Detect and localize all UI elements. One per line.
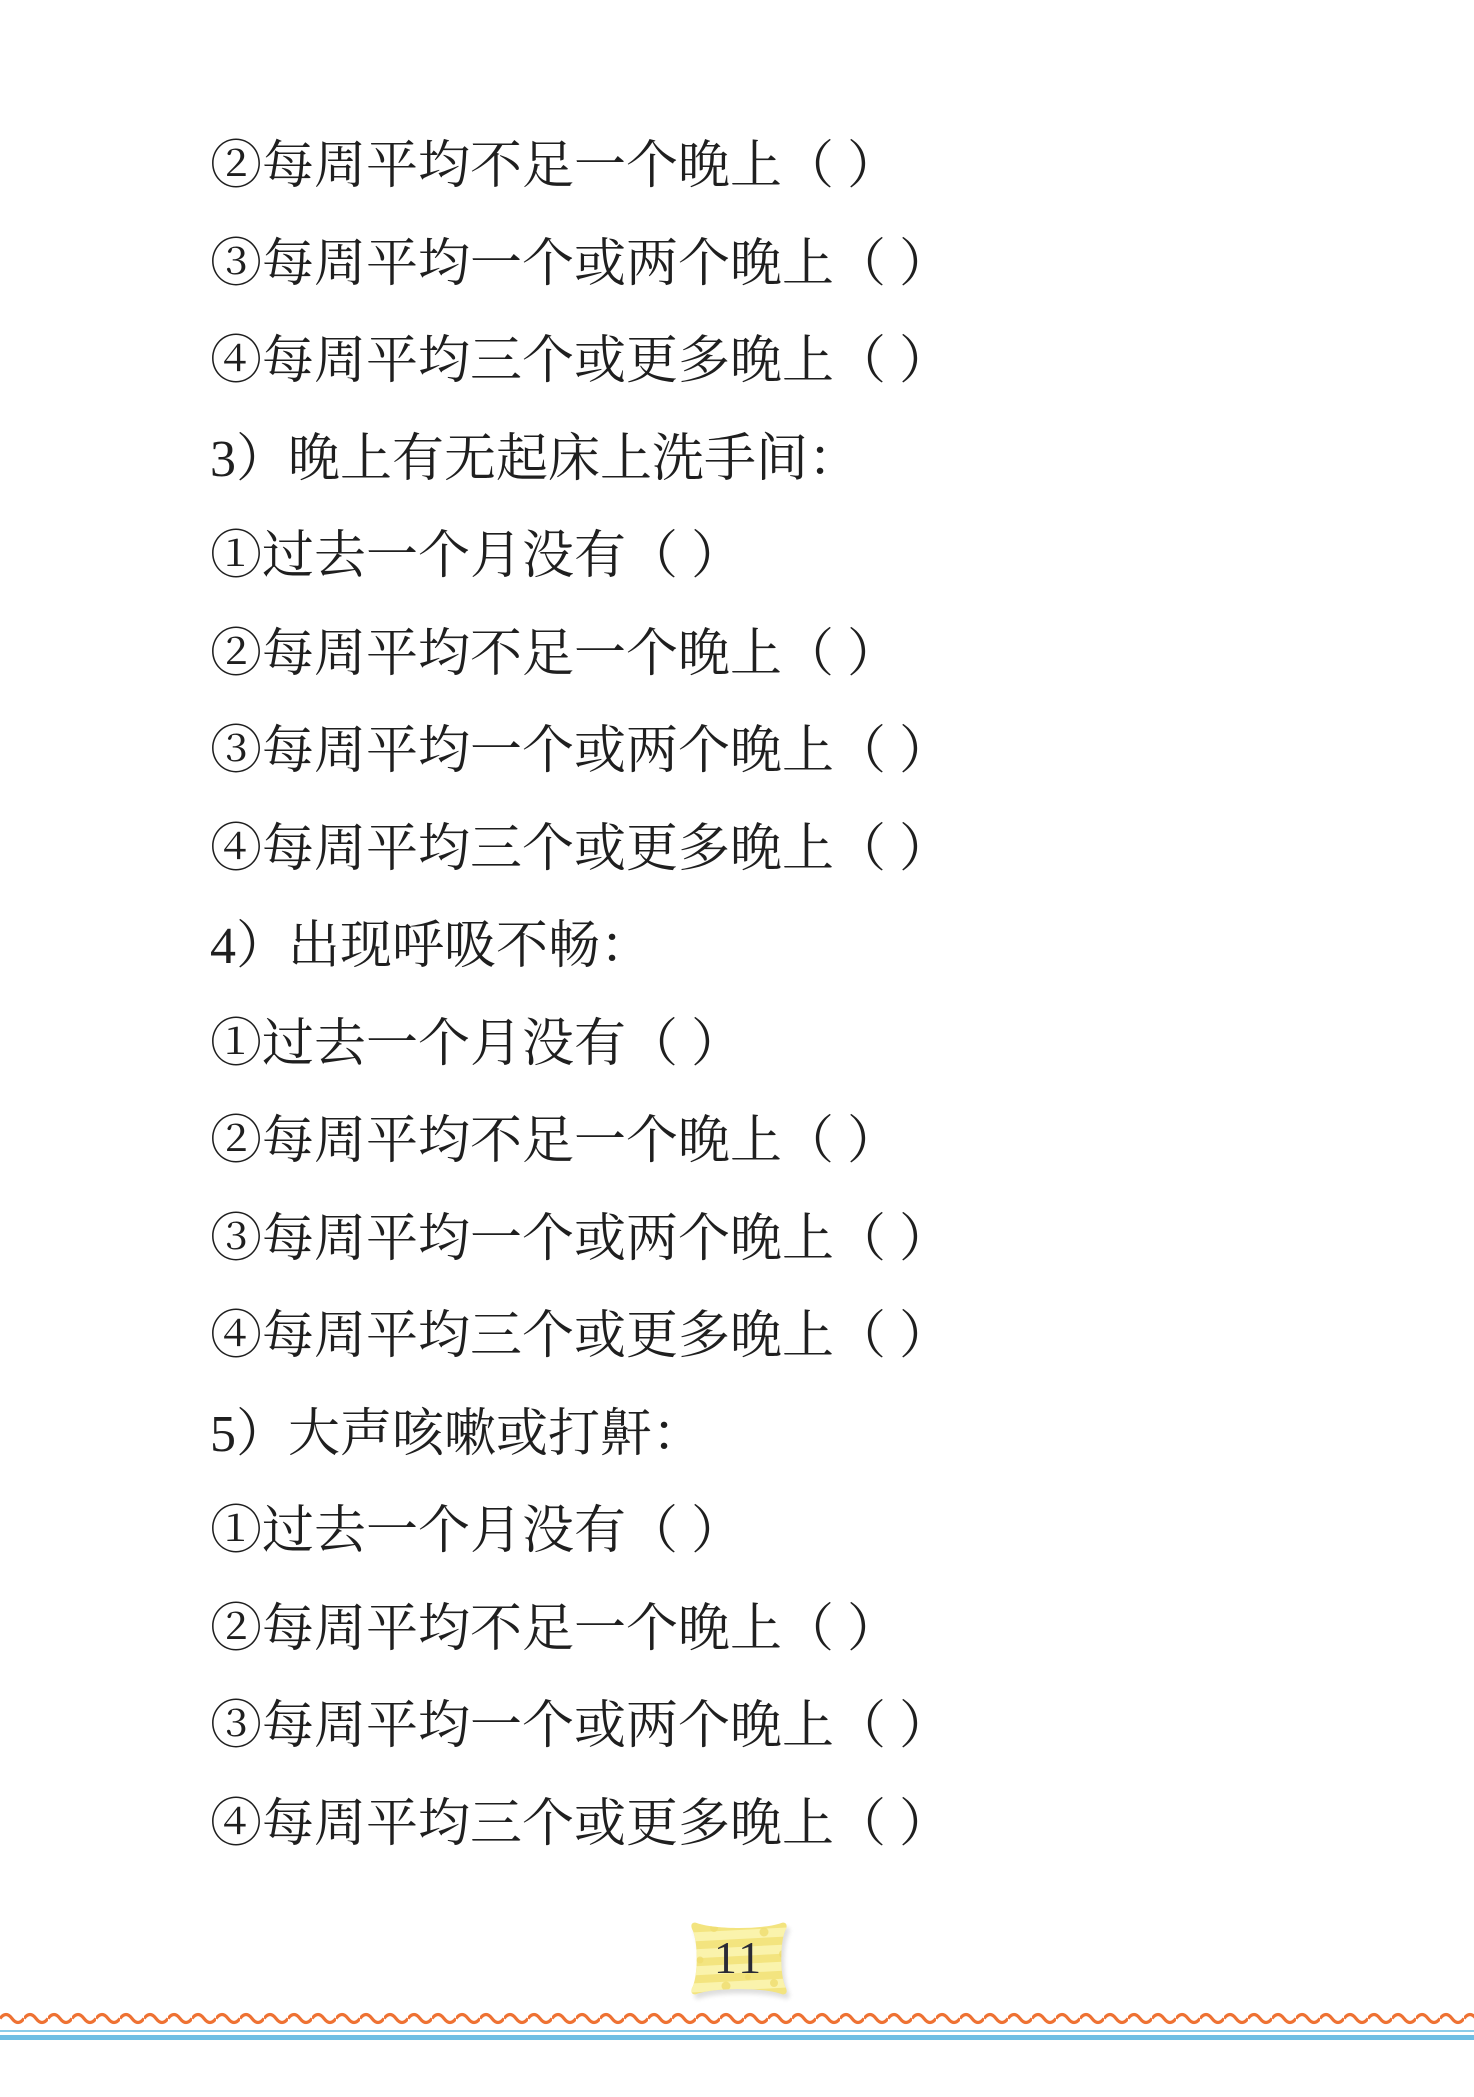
option-line: ④每周平均三个或更多晚上（ ）: [210, 313, 1310, 411]
option-line: ②每周平均不足一个晚上（ ）: [210, 1581, 1310, 1679]
page-number: 11: [686, 1920, 792, 1998]
blue-line-divider: [0, 2030, 1474, 2032]
option-line: ④每周平均三个或更多晚上（ ）: [210, 1288, 1310, 1386]
wave-divider: [0, 2011, 1474, 2026]
option-line: ③每周平均一个或两个晚上（ ）: [210, 1678, 1310, 1776]
option-line: ②每周平均不足一个晚上（ ）: [210, 1093, 1310, 1191]
option-line: ②每周平均不足一个晚上（ ）: [210, 118, 1310, 216]
option-line: ①过去一个月没有（ ）: [210, 508, 1310, 606]
option-line: ③每周平均一个或两个晚上（ ）: [210, 216, 1310, 314]
option-line: ②每周平均不足一个晚上（ ）: [210, 606, 1310, 704]
blue-band-divider: [0, 2035, 1474, 2040]
question-line: 3）晚上有无起床上洗手间：: [210, 411, 1310, 509]
option-line: ④每周平均三个或更多晚上（ ）: [210, 1776, 1310, 1874]
document-page: ②每周平均不足一个晚上（ ）③每周平均一个或两个晚上（ ）④每周平均三个或更多晚…: [0, 0, 1474, 2097]
question-line: 5）大声咳嗽或打鼾：: [210, 1386, 1310, 1484]
questionnaire-text-block: ②每周平均不足一个晚上（ ）③每周平均一个或两个晚上（ ）④每周平均三个或更多晚…: [210, 118, 1310, 1873]
option-line: ③每周平均一个或两个晚上（ ）: [210, 1191, 1310, 1289]
page-number-pillow: 11: [686, 1920, 792, 1998]
option-line: ③每周平均一个或两个晚上（ ）: [210, 703, 1310, 801]
option-line: ①过去一个月没有（ ）: [210, 1483, 1310, 1581]
question-line: 4）出现呼吸不畅：: [210, 898, 1310, 996]
option-line: ①过去一个月没有（ ）: [210, 996, 1310, 1094]
option-line: ④每周平均三个或更多晚上（ ）: [210, 801, 1310, 899]
